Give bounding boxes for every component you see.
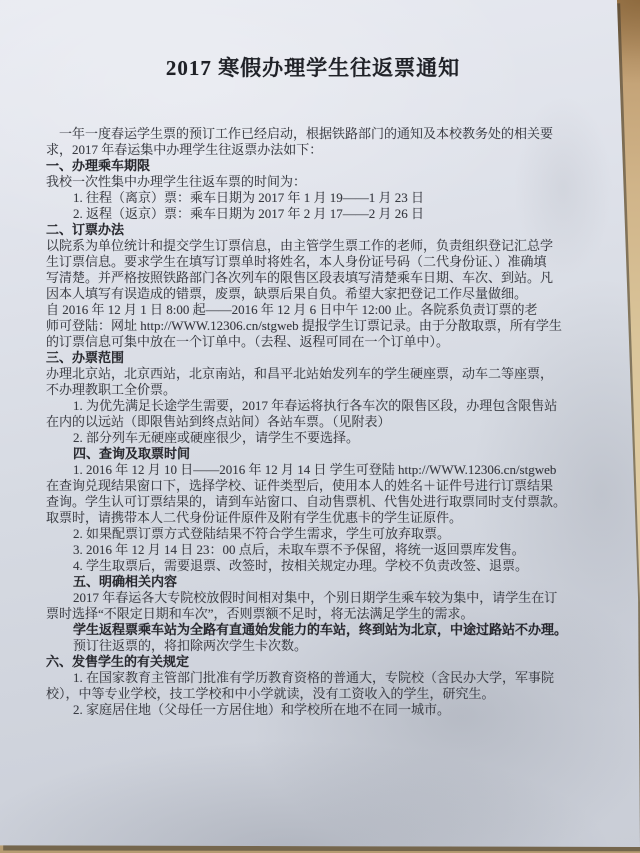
doc-line: 自 2016 年 12 月 1 日 8:00 起——2016 年 12 月 6 …	[46, 302, 616, 318]
doc-line: 三、办票范围	[46, 350, 616, 366]
doc-line: 1. 在国家教育主管部门批准有学历教育资格的普通大，专院校（含民办大学，军事院	[46, 670, 616, 686]
doc-line: 校），中等专业学校，技工学校和中小学就读，没有工资收入的学生，研究生。	[46, 686, 616, 702]
doc-line: 因本人填写有误造成的错票，废票，缺票后果自负。希望大家把登记工作尽量做细。	[46, 286, 616, 302]
doc-line: 3. 2016 年 12 月 14 日 23：00 点后，未取车票不予保留，将统…	[46, 542, 616, 558]
doc-line: 一年一度春运学生票的预订工作已经启动，根据铁路部门的通知及本校教务处的相关要	[46, 126, 616, 142]
doc-line: 六、发售学生的有关规定	[46, 654, 616, 670]
doc-line: 写清楚。并严格按照铁路部门各次列车的限售区段表填写清楚乘车日期、车次、到站。凡	[46, 270, 616, 286]
doc-line: 2. 如果配票订票方式登陆结果不符合学生需求，学生可放弃取票。	[46, 526, 616, 542]
doc-line: 办理北京站，北京西站，北京南站，和昌平北站始发列车的学生硬座票，动车二等座票，	[46, 366, 616, 382]
doc-line: 2017 年春运各大专院校放假时间相对集中，个别日期学生乘车较为集中，请学生在订	[46, 590, 616, 606]
doc-line: 2. 部分列车无硬座或硬座很少，请学生不要选择。	[46, 430, 616, 446]
document-title: 2017 寒假办理学生往返票通知	[56, 52, 570, 82]
doc-line: 四、查询及取票时间	[46, 446, 616, 462]
doc-line: 2. 家庭居住地（父母任一方居住地）和学校所在地不在同一城市。	[46, 702, 616, 718]
doc-line: 的订票信息可集中放在一个订单中。（去程、返程可同在一个订单中）。	[46, 334, 616, 350]
doc-line: 预订往返票的，将扣除两次学生卡次数。	[46, 638, 616, 654]
doc-line: 票时选择“不限定日期和车次”，否则票额不足时，将无法满足学生的需求。	[46, 606, 616, 622]
doc-line: 1. 2016 年 12 月 10 日——2016 年 12 月 14 日 学生…	[46, 462, 616, 478]
doc-line: 学生返程票乘车站为全路有直通始发能力的车站，终到站为北京，中途过路站不办理。	[46, 622, 616, 638]
doc-line: 1. 为优先满足长途学生需要，2017 年春运将执行各车次的限售区段，办理包含限…	[46, 398, 616, 414]
doc-line: 在内的以远站（即限售站到终点站间）各站车票。（见附表）	[46, 414, 616, 430]
doc-line: 不办理教职工全价票。	[46, 382, 616, 398]
doc-line: 师可登陆：网址 http://WWW.12306.cn/stgweb 提报学生订…	[46, 318, 616, 334]
doc-line: 以院系为单位统计和提交学生订票信息，由主管学生票工作的老师，负责组织登记汇总学	[46, 238, 616, 254]
doc-line: 求，2017 年春运集中办理学生往返票办法如下：	[46, 142, 616, 158]
doc-line: 我校一次性集中办理学生往返车票的时间为：	[46, 174, 616, 190]
doc-line: 二、订票办法	[46, 222, 616, 238]
desk-surface: 2017 寒假办理学生往返票通知 一年一度春运学生票的预订工作已经启动，根据铁路…	[0, 0, 640, 853]
document-body: 一年一度春运学生票的预订工作已经启动，根据铁路部门的通知及本校教务处的相关要求，…	[46, 126, 616, 718]
doc-line: 1. 往程（离京）票：乘车日期为 2017 年 1 月 19——1 月 23 日	[46, 190, 616, 206]
doc-line: 2. 返程（返京）票：乘车日期为 2017 年 2 月 17——2 月 26 日	[46, 206, 616, 222]
paper-sheet: 2017 寒假办理学生往返票通知 一年一度春运学生票的预订工作已经启动，根据铁路…	[0, 0, 640, 853]
doc-line: 五、明确相关内容	[46, 574, 616, 590]
doc-line: 生订票信息。要求学生在填写订票单时将姓名，本人身份证号码（二代身份证、）准确填	[46, 254, 616, 270]
doc-line: 4. 学生取票后，需要退票、改签时，按相关规定办理。学校不负责改签、退票。	[46, 558, 616, 574]
doc-line: 在查询兑现结果窗口下，选择学校、证件类型后，使用本人的姓名＋证件号进行订票结果	[46, 478, 616, 494]
doc-line: 取票时，请携带本人二代身份证件原件及附有学生优惠卡的学生证原件。	[46, 510, 616, 526]
doc-line: 一、办理乘车期限	[46, 158, 616, 174]
doc-line: 查询。学生认可订票结果的，请到车站窗口、自动售票机、代售处进行取票同时支付票款。	[46, 494, 616, 510]
